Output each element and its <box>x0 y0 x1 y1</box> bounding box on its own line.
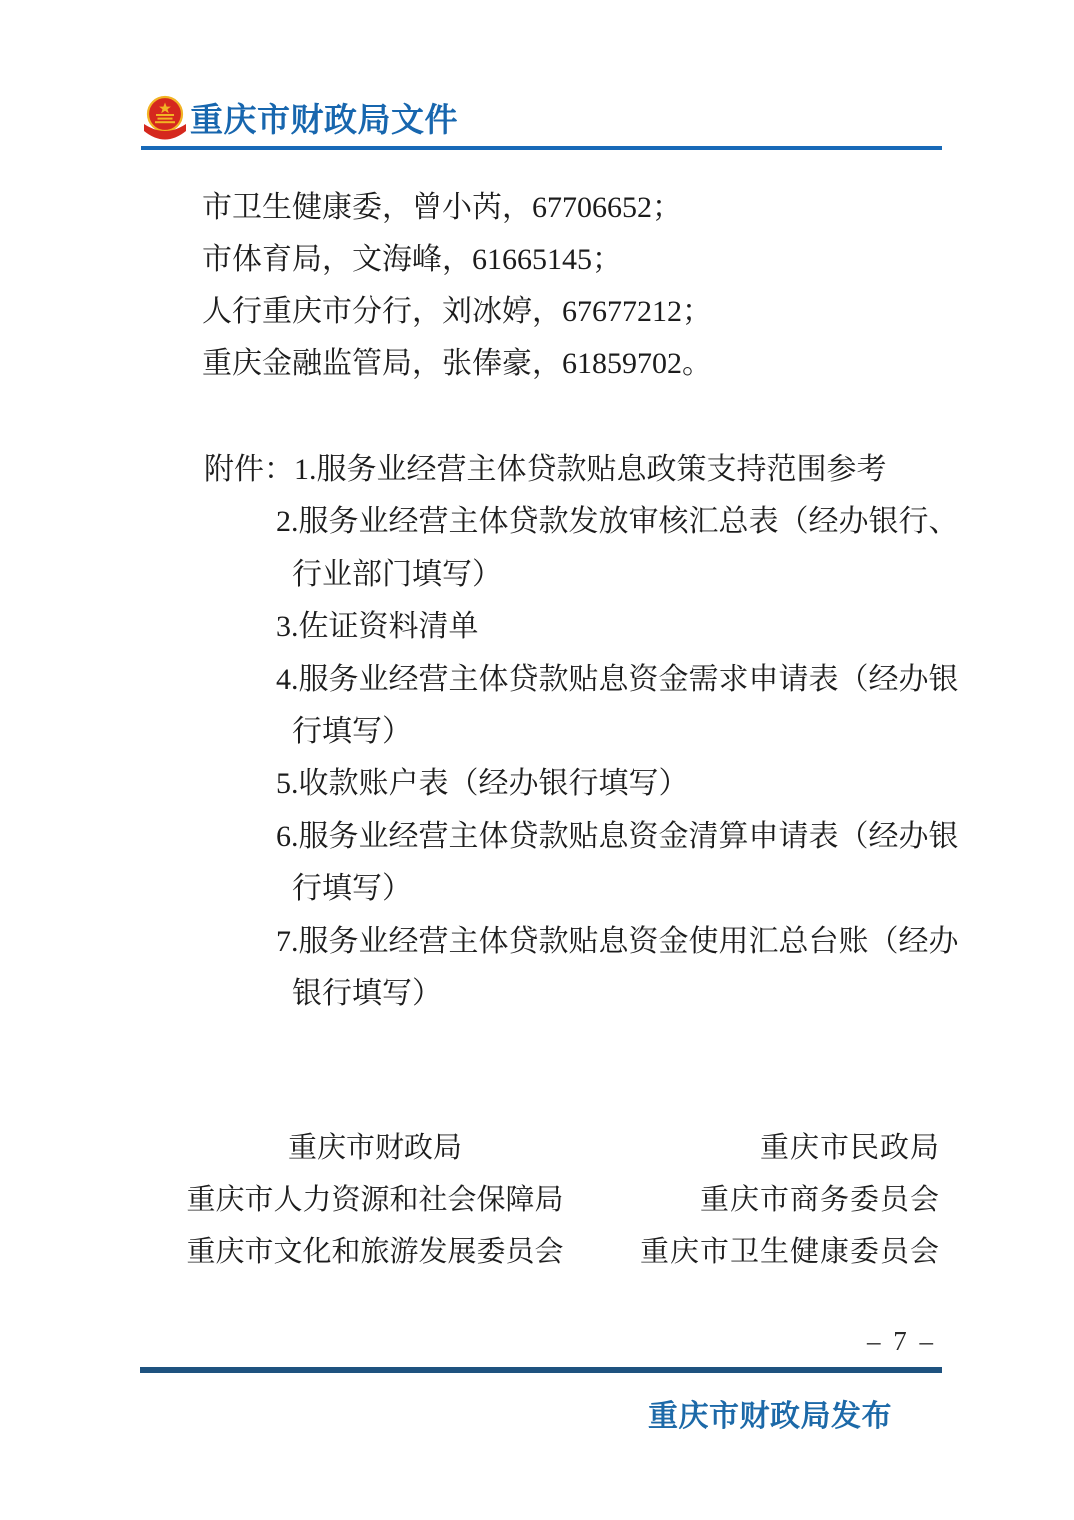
signatory-block: 重庆市财政局重庆市民政局重庆市人力资源和社会保障局重庆市商务委员会重庆市文化和旅… <box>140 1122 940 1278</box>
document-header-title: 重庆市财政局文件 <box>190 100 458 140</box>
header-rule <box>141 146 942 150</box>
attachment-list: 附件：1.服务业经营主体贷款贴息政策支持范围参考2.服务业经营主体贷款发放审核汇… <box>140 444 952 1020</box>
attachment-line: 3.佐证资料清单 <box>140 601 952 653</box>
attachment-line: 附件：1.服务业经营主体贷款贴息政策支持范围参考 <box>140 444 952 496</box>
publisher-label: 重庆市财政局发布 <box>648 1391 892 1435</box>
signatory-row: 重庆市文化和旅游发展委员会重庆市卫生健康委员会 <box>140 1226 940 1278</box>
page-number: – 7 – <box>867 1326 936 1357</box>
attachment-line: 6.服务业经营主体贷款贴息资金清算申请表（经办银 <box>140 811 952 863</box>
attachment-line: 行填写） <box>140 863 952 915</box>
attachment-line: 7.服务业经营主体贷款贴息资金使用汇总台账（经办 <box>140 916 952 968</box>
contact-line: 市体育局，文海峰，61665145； <box>140 234 952 286</box>
signatory-right: 重庆市卫生健康委员会 <box>610 1226 940 1278</box>
attachment-line: 4.服务业经营主体贷款贴息资金需求申请表（经办银 <box>140 654 952 706</box>
signatory-row: 重庆市人力资源和社会保障局重庆市商务委员会 <box>140 1174 940 1226</box>
contact-line: 人行重庆市分行，刘冰婷，67677212； <box>140 286 952 338</box>
signatory-left: 重庆市文化和旅游发展委员会 <box>140 1226 610 1278</box>
signatory-right: 重庆市商务委员会 <box>610 1174 940 1226</box>
attachment-line: 行填写） <box>140 706 952 758</box>
document-page: 重庆市财政局文件 市卫生健康委，曾小芮，67706652；市体育局，文海峰，61… <box>0 0 1074 1520</box>
national-emblem-icon <box>140 94 190 148</box>
attachment-line: 2.服务业经营主体贷款发放审核汇总表（经办银行、 <box>140 496 952 548</box>
signatory-left: 重庆市人力资源和社会保障局 <box>140 1174 610 1226</box>
attachment-line: 银行填写） <box>140 968 952 1020</box>
signatory-left: 重庆市财政局 <box>140 1122 610 1174</box>
signatory-right: 重庆市民政局 <box>610 1122 940 1174</box>
signatory-row: 重庆市财政局重庆市民政局 <box>140 1122 940 1174</box>
attachment-line: 行业部门填写） <box>140 549 952 601</box>
attachment-line: 5.收款账户表（经办银行填写） <box>140 758 952 810</box>
contact-lines: 市卫生健康委，曾小芮，67706652；市体育局，文海峰，61665145；人行… <box>140 182 952 390</box>
footer-rule <box>140 1367 942 1373</box>
contact-line: 市卫生健康委，曾小芮，67706652； <box>140 182 952 234</box>
contact-line: 重庆金融监管局，张俸豪，61859702。 <box>140 338 952 390</box>
